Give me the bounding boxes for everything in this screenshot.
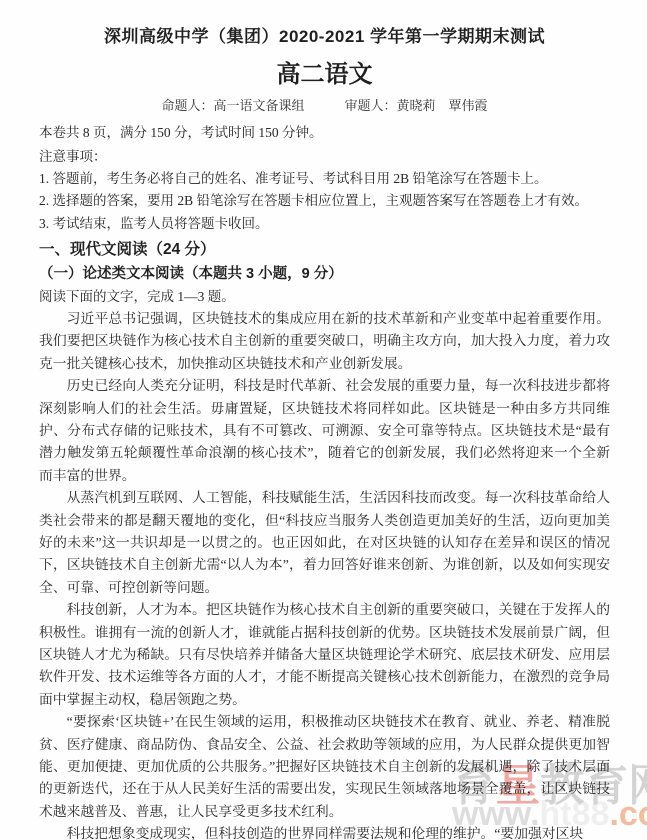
section-heading-modern-reading: 一、现代文阅读（24 分） <box>39 238 610 261</box>
setter-credit: 命题人：高一语文备课组 <box>161 97 304 114</box>
passage-paragraph-5: “要探索‘区块链+’在民生领域的运用，积极推动区块链技术在教育、就业、养老、精准… <box>39 711 610 823</box>
subject-title: 高二语文 <box>39 61 610 88</box>
passage-paragraph-1: 习近平总书记强调，区块链技术的集成应用在新的技术革新和产业变革中起着重要作用。我… <box>39 308 610 375</box>
passage-paragraph-2: 历史已经向人类充分证明，科技是时代革新、社会发展的重要力量，每一次科技进步都将深… <box>39 375 610 487</box>
note-item-1: 1. 答题前，考生务必将自己的姓名、准考证号、考试科目用 2B 铅笔涂写在答题卡… <box>39 168 610 190</box>
passage-paragraph-4: 科技创新，人才为本。把区块链作为核心技术自主创新的重要突破口，关键在于发挥人的积… <box>39 599 610 711</box>
notes-title: 注意事项： <box>39 146 610 168</box>
reading-instruction: 阅读下面的文字，完成 1—3 题。 <box>39 286 610 308</box>
passage-paragraph-6: 科技把想象变成现实，但科技创造的世界同样需要法规和伦理的维护。“要加强对区块 <box>39 823 610 840</box>
subsection-heading-argumentative-text: （一）论述类文本阅读（本题共 3 小题，9 分） <box>39 263 610 285</box>
note-item-2: 2. 选择题的答案，要用 2B 铅笔涂写在答题卡相应位置上，主观题答案写在答题卷… <box>39 190 610 212</box>
byline: 命题人：高一语文备课组 审题人：黄晓莉 覃伟霞 <box>39 97 610 114</box>
note-item-3: 3. 考试结束，监考人员将答题卡收回。 <box>39 213 610 235</box>
exam-info: 本卷共 8 页，满分 150 分，考试时间 150 分钟。 <box>39 123 610 143</box>
reviewer-credit: 审题人：黄晓莉 覃伟霞 <box>345 97 488 114</box>
exam-page: 深圳高级中学（集团）2020-2021 学年第一学期期末测试 高二语文 命题人：… <box>0 0 647 840</box>
school-title: 深圳高级中学（集团）2020-2021 学年第一学期期末测试 <box>39 26 610 48</box>
passage-paragraph-3: 从蒸汽机到互联网、人工智能，科技赋能生活，生活因科技而改变。每一次科技革命给人类… <box>39 487 610 599</box>
reading-passage: 习近平总书记强调，区块链技术的集成应用在新的技术革新和产业变革中起着重要作用。我… <box>39 308 610 840</box>
